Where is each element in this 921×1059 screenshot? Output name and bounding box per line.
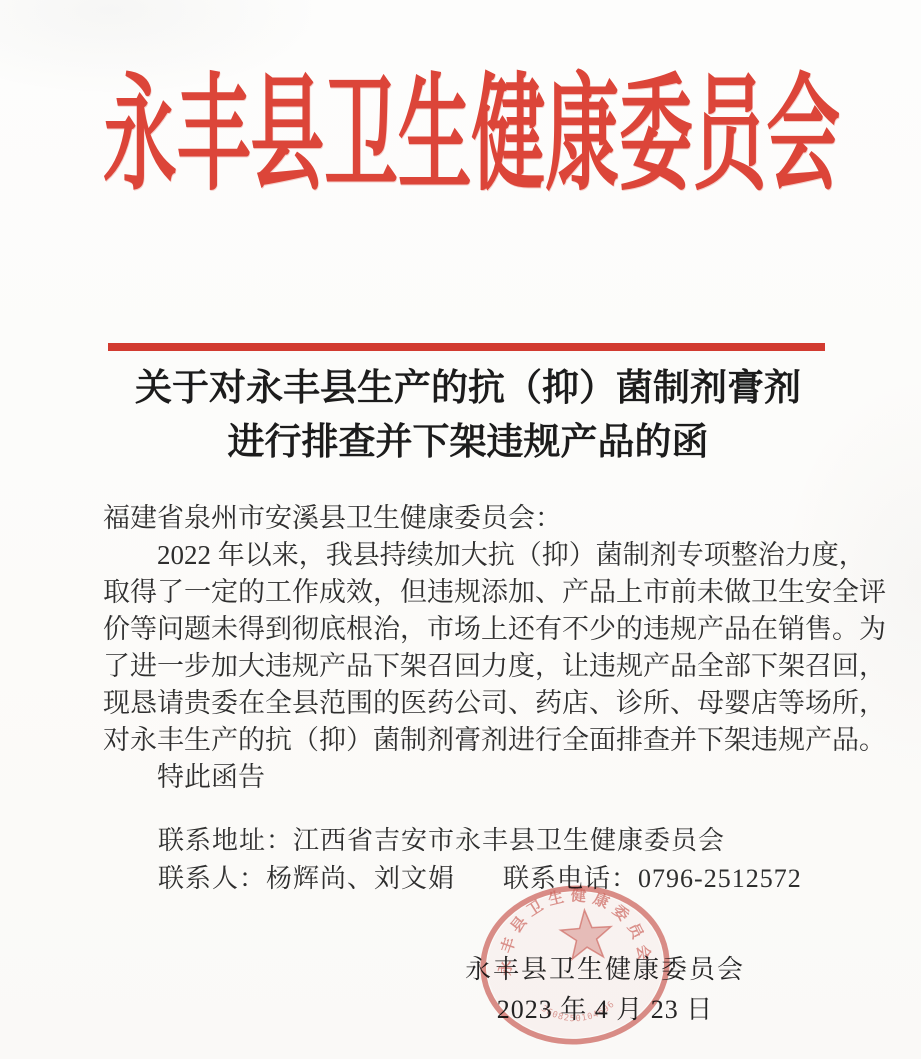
closing-line: 特此函告	[103, 759, 833, 796]
letter-body: 福建省泉州市安溪县卫生健康委员会： 2022 年以来，我县持续加大抗（抑）菌制剂…	[103, 500, 833, 796]
contact-address-row: 联系地址： 江西省吉安市永丰县卫生健康委员会	[158, 822, 833, 860]
body-line: 取得了一定的工作成效，但违规添加、产品上市前未做卫生安全评	[103, 574, 833, 611]
red-rule-divider	[108, 343, 825, 351]
document-title-line1: 关于对永丰县生产的抗（抑）菌制剂膏剂	[103, 362, 833, 416]
document-title-line2: 进行排查并下架违规产品的函	[103, 416, 833, 470]
contact-address-label: 联系地址：	[158, 822, 293, 860]
body-line: 价等问题未得到彻底根治，市场上还有不少的违规产品在销售。为	[103, 611, 833, 648]
contact-address-value: 江西省吉安市永丰县卫生健康委员会	[293, 822, 725, 860]
letterhead: 永丰县卫生健康委员会	[103, 64, 833, 210]
letterhead-title: 永丰县卫生健康委员会	[103, 64, 840, 210]
body-line: 对永丰生产的抗（抑）菌制剂膏剂进行全面排查并下架违规产品。	[103, 722, 833, 759]
document-page: 永丰县卫生健康委员会 关于对永丰县生产的抗（抑）菌制剂膏剂 进行排查并下架违规产…	[0, 0, 921, 1059]
body-line: 现恳请贵委在全县范围的医药公司、药店、诊所、母婴店等场所，	[103, 685, 833, 722]
body-line: 2022 年以来，我县持续加大抗（抑）菌制剂专项整治力度，	[103, 537, 833, 574]
contact-person-value: 杨辉尚、刘文娟	[266, 860, 455, 898]
document-title: 关于对永丰县生产的抗（抑）菌制剂膏剂 进行排查并下架违规产品的函	[103, 362, 833, 470]
body-line: 了进一步加大违规产品下架召回力度，让违规产品全部下架召回，	[103, 648, 833, 685]
official-seal: 永丰县卫生健康委员会 3608250104696	[473, 877, 678, 1052]
contact-person-label: 联系人：	[158, 860, 266, 898]
contact-block: 联系地址： 江西省吉安市永丰县卫生健康委员会 联系人： 杨辉尚、刘文娟 联系电话…	[158, 822, 833, 898]
document-content: 永丰县卫生健康委员会 关于对永丰县生产的抗（抑）菌制剂膏剂 进行排查并下架违规产…	[103, 64, 833, 898]
salutation: 福建省泉州市安溪县卫生健康委员会：	[103, 500, 833, 537]
